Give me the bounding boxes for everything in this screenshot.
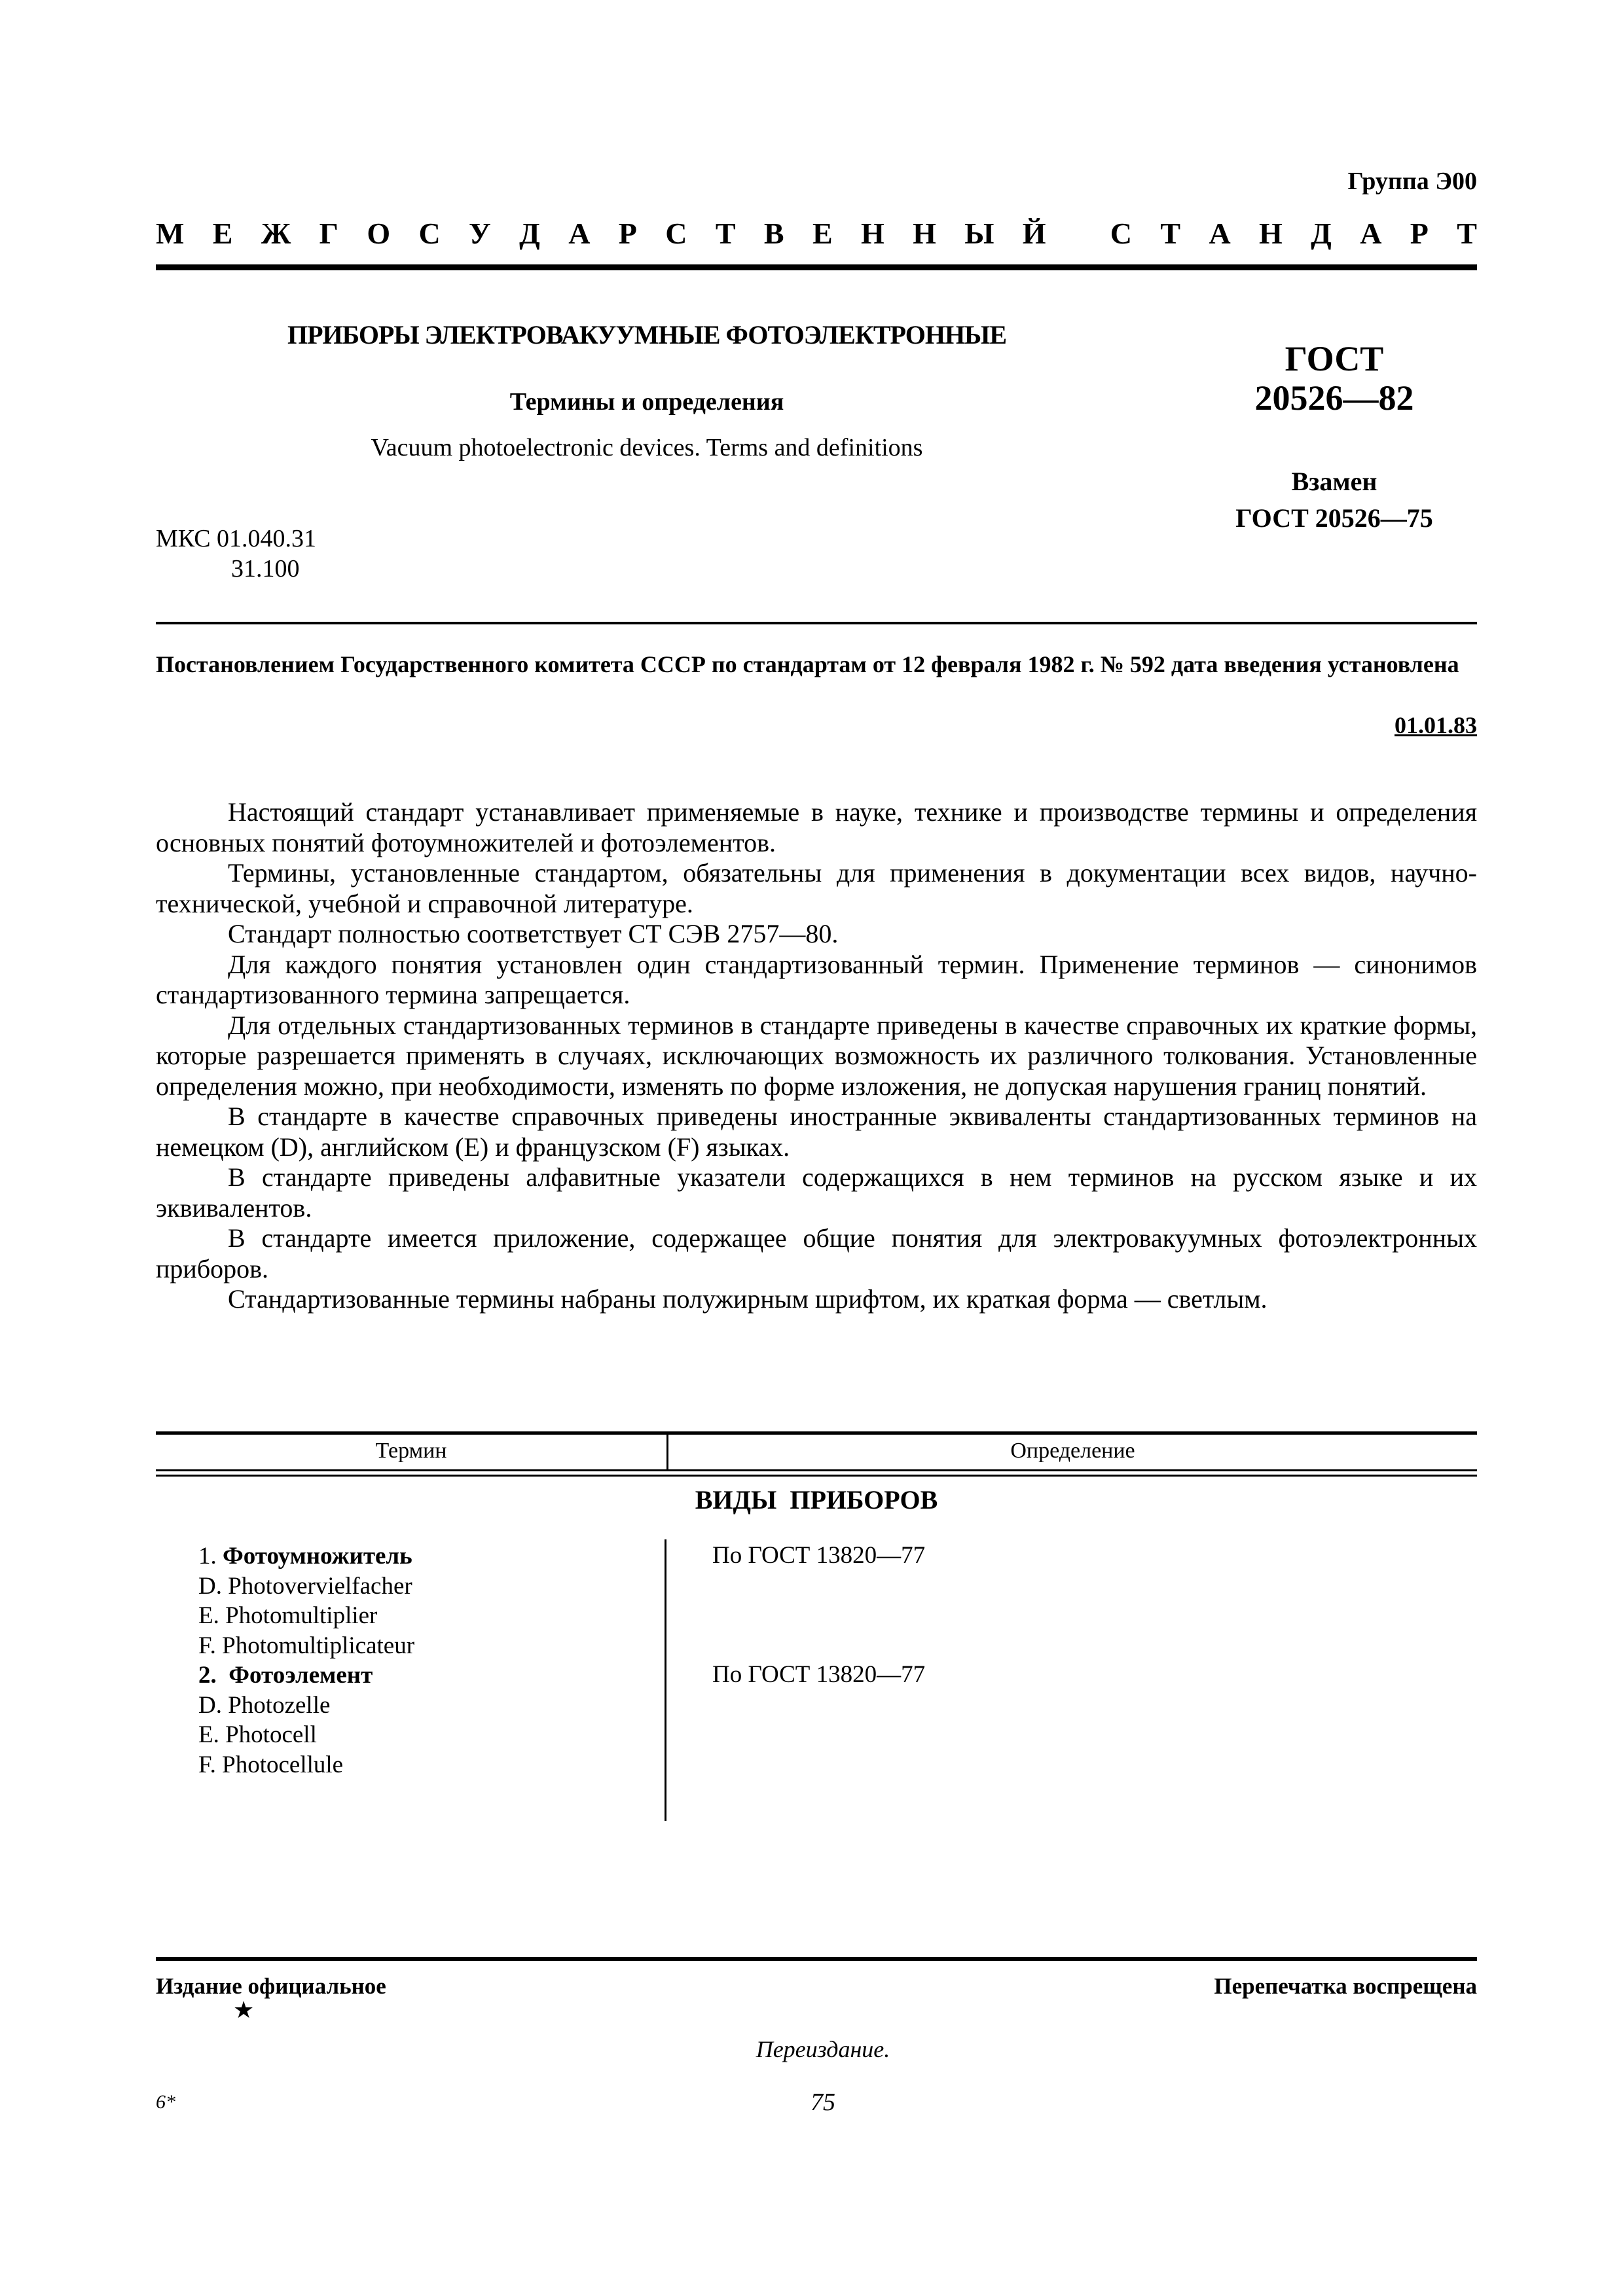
table-column-divider-body — [665, 1539, 666, 1821]
interstate-standard-heading: МЕЖГОСУДАРСТВЕННЫЙ СТАНДАРТ — [156, 216, 1477, 251]
english-title: Vacuum photoelectronic devices. Terms an… — [215, 433, 1079, 462]
term-entry-2: 2. Фотоэлемент D. Photozelle E. Photocel… — [198, 1660, 414, 1780]
heading-letter — [1074, 216, 1082, 251]
header-rule — [156, 264, 1477, 270]
heading-letter: О — [367, 216, 390, 251]
table-header-rule — [156, 1469, 1477, 1471]
term-en: E. Photomultiplier — [198, 1601, 414, 1631]
mks-codes: МКС 01.040.31 31.100 — [156, 524, 316, 584]
title-block-rule — [156, 622, 1477, 624]
classification-group: Группа Э00 — [1348, 167, 1477, 196]
section-heading: ВИДЫ ПРИБОРОВ — [156, 1484, 1477, 1515]
mks-line-2: 31.100 — [156, 554, 316, 584]
heading-letter: В — [764, 216, 784, 251]
page-number: 75 — [156, 2088, 1477, 2117]
reissue-note: Переиздание. — [156, 2036, 1477, 2063]
gost-label: ГОСТ — [1190, 339, 1478, 378]
intro-paragraph: Стандарт полностью соответствует СТ СЭВ … — [156, 919, 1477, 950]
replaces-label: Взамен — [1190, 463, 1478, 500]
heading-letter: Т — [716, 216, 736, 251]
heading-letter: А — [568, 216, 590, 251]
heading-letter: Р — [619, 216, 637, 251]
intro-paragraph: Для отдельных стандартизованных терминов… — [156, 1011, 1477, 1102]
heading-letter: Н — [861, 216, 884, 251]
replaces-standard: ГОСТ 20526—75 — [1190, 500, 1478, 537]
effective-date: 01.01.83 — [1395, 711, 1477, 739]
intro-paragraph: В стандарте в качестве справочных привед… — [156, 1102, 1477, 1162]
document-title: ПРИБОРЫ ЭЛЕКТРОВАКУУМНЫЕ ФОТОЭЛЕКТРОННЫЕ — [215, 319, 1079, 350]
definition-2: По ГОСТ 13820—77 — [712, 1660, 925, 1689]
footer-rule — [156, 1957, 1477, 1961]
mks-line-1: МКС 01.040.31 — [156, 524, 316, 554]
heading-letter: С — [418, 216, 440, 251]
heading-letter: У — [469, 216, 491, 251]
heading-letter: Е — [812, 216, 833, 251]
term-fr: F. Photomultiplicateur — [198, 1631, 414, 1661]
column-header-term: Термин — [156, 1439, 666, 1463]
replaces-block: Взамен ГОСТ 20526—75 — [1190, 463, 1478, 537]
official-edition: Издание официальное — [156, 1973, 386, 2000]
heading-letter: Н — [913, 216, 936, 251]
definition-1: По ГОСТ 13820—77 — [712, 1541, 925, 1570]
term-fr: F. Photocellule — [198, 1750, 414, 1780]
intro-paragraph: Для каждого понятия установлен один стан… — [156, 950, 1477, 1011]
intro-paragraph: Настоящий стандарт устанавливает применя… — [156, 797, 1477, 858]
table-header-rule-double — [156, 1475, 1477, 1477]
document-page: Группа Э00 МЕЖГОСУДАРСТВЕННЫЙ СТАНДАРТ П… — [156, 0, 1477, 2296]
term-name: Фотоумножитель — [223, 1543, 412, 1570]
decree-text: Постановлением Государственного комитета… — [156, 649, 1477, 679]
term-de: D. Photozelle — [198, 1691, 414, 1721]
heading-letter: Д — [519, 216, 540, 251]
intro-paragraph: Термины, установленные стандартом, обяза… — [156, 858, 1477, 919]
heading-letter: Г — [319, 216, 338, 251]
gost-designation: ГОСТ 20526—82 — [1190, 339, 1478, 418]
introduction: Настоящий стандарт устанавливает применя… — [156, 797, 1477, 1315]
heading-letter: Р — [1410, 216, 1429, 251]
star-icon: ★ — [233, 1996, 254, 2024]
heading-letter: Т — [1160, 216, 1180, 251]
heading-letter: Д — [1311, 216, 1332, 251]
document-subtitle: Термины и определения — [215, 387, 1079, 416]
heading-letter: Й — [1023, 216, 1046, 251]
heading-letter: Ж — [261, 216, 291, 251]
heading-letter: Ы — [964, 216, 994, 251]
heading-letter: С — [1110, 216, 1132, 251]
term-en: E. Photocell — [198, 1720, 414, 1750]
reprint-prohibited: Перепечатка воспрещена — [1214, 1973, 1477, 2000]
heading-letter: Т — [1457, 216, 1477, 251]
term-title: 2. Фотоэлемент — [198, 1660, 414, 1691]
heading-letter: Е — [213, 216, 233, 251]
heading-letter: Н — [1259, 216, 1283, 251]
heading-letter: С — [665, 216, 687, 251]
heading-letter: М — [156, 216, 184, 251]
intro-paragraph: Стандартизованные термины набраны полужи… — [156, 1284, 1477, 1315]
heading-letter: А — [1209, 216, 1230, 251]
heading-letter: А — [1360, 216, 1381, 251]
terms-list: 1. Фотоумножитель D. Photovervielfacher … — [198, 1541, 414, 1780]
gost-number: 20526—82 — [1190, 378, 1478, 418]
term-entry-1: 1. Фотоумножитель D. Photovervielfacher … — [198, 1541, 414, 1660]
table-top-rule — [156, 1431, 1477, 1435]
term-name: Фотоэлемент — [228, 1662, 373, 1689]
term-title: 1. Фотоумножитель — [198, 1541, 414, 1571]
intro-paragraph: В стандарте имеется приложение, содержащ… — [156, 1223, 1477, 1284]
intro-paragraph: В стандарте приведены алфавитные указате… — [156, 1162, 1477, 1223]
term-de: D. Photovervielfacher — [198, 1571, 414, 1602]
column-header-definition: Определение — [668, 1439, 1477, 1463]
